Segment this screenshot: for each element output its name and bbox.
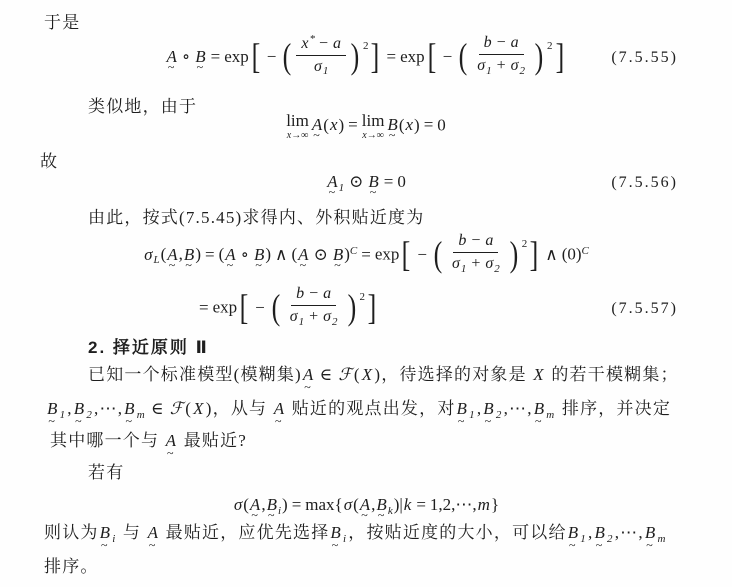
math-token-op: = [384,172,394,191]
math-token-i: b [457,232,467,249]
math-token-sub: 1 [580,533,587,545]
math-token-rm: ) [282,495,288,514]
math-token-op: − [417,245,427,264]
math-token-i: k [403,495,413,514]
fuzzy-set-symbol: B~ [47,398,59,421]
math-token-sup: C [350,245,357,257]
fraction: b−aσ1+σ2 [472,33,530,78]
equation-number-7-5-55: (7.5.55) [611,49,678,67]
math-token-i: x [404,115,414,134]
tilde-mark: ~ [255,259,262,271]
numerator: b−a [453,231,498,253]
math-token-rm: ( [353,495,359,514]
math-token-hsup: 2 [522,238,528,250]
math-token-rm: exp [400,47,425,66]
fuzzy-set-symbol: B~ [594,522,606,545]
fuzzy-set-symbol: A~ [298,245,308,265]
tilde-mark: ~ [389,129,396,141]
math-token-op: = [416,495,426,514]
equation-7-5-57-row-2: =exp[−(b−aσ1+σ2)2] (7.5.57) [0,284,732,334]
tilde-mark: ~ [268,509,275,521]
math-token-rm: ( [243,495,249,514]
math-token-sub: i [278,505,281,517]
math-token-i: σ [313,58,323,75]
fuzzy-set-symbol: B~ [195,47,205,67]
math-token-op: = [199,298,209,317]
math-token-cn: 的若干模糊集； [546,365,679,384]
text-ruoyou: 若有 [88,462,124,485]
equation-max-row: σ(A~,B~i)=max{σ(A~,B~k)|k=1,2,⋯,m} [0,492,732,520]
fuzzy-set-symbol: B~ [376,495,386,515]
math-token-sup: C [582,245,589,257]
formula-max: σ(A~,B~i)=max{σ(A~,B~k)|k=1,2,⋯,m} [233,495,499,517]
math-token-cn: ，从与 [213,399,273,418]
math-token-i: a [510,34,520,51]
math-token-cn: 最贴近，应优先选择 [160,523,329,542]
tilde-mark: ~ [149,539,157,551]
math-token-op: ∧ [545,245,557,264]
math-token-i: ℱ [169,399,186,418]
math-token-sub: 2 [494,263,500,275]
math-token-sub: i [112,533,116,545]
math-token-i: a [484,232,494,249]
math-token-sub: 1 [323,65,329,77]
tilde-mark: ~ [251,509,258,521]
math-token-sub: m [546,409,555,421]
math-token-rm: ) [206,399,213,418]
math-token-sub: 2 [496,409,503,421]
math-token-op: ∘ [182,47,190,66]
math-token-rm: ) [414,115,420,134]
math-token-cn: 则认为 [44,523,99,542]
math-token-i: σ [484,255,494,272]
math-token-cn: 与 [117,523,146,542]
math-token-i: X [361,365,375,384]
math-token-rm: 0 [437,115,446,134]
math-token-op: − [443,47,453,66]
math-token-cn: 已知一个标准模型(模糊集) [88,365,302,384]
math-token-rm: ) [265,245,271,264]
math-token-rm: (0) [562,245,582,264]
tilde-mark: ~ [197,61,204,73]
text-paixu: 排序。 [44,556,99,579]
fuzzy-set-symbol: A~ [274,398,286,421]
math-token-cn: ，待选择的对象是 [381,365,532,384]
math-token-rm: , [477,399,482,418]
numerator: b−a [479,33,524,55]
fuzzy-set-symbol: A~ [360,495,370,515]
math-token-i: m [477,495,491,514]
equation-number-7-5-57: (7.5.57) [611,300,678,318]
math-token-rm: ) [195,245,201,264]
math-token-op: + [497,57,506,74]
tilde-mark: ~ [332,539,340,551]
math-token-sub: 1 [60,409,67,421]
math-token-hsup: 2 [547,40,553,52]
paragraph-1-line-1: 已知一个标准模型(模糊集)A~∈ℱ(X)，待选择的对象是 X 的若干模糊集； [88,364,679,387]
tilde-mark: ~ [596,539,604,551]
math-token-i: a [332,35,342,52]
tilde-mark: ~ [370,186,377,198]
math-token-op: = [205,245,215,264]
math-token-cn: 最贴近? [178,431,247,450]
limit-text: lim [286,112,309,129]
math-token-op: = [361,245,371,264]
math-token-rm: exp [213,298,238,317]
math-token-i: σ [289,308,299,325]
fuzzy-set-symbol: A~ [166,47,176,67]
math-token-i: ℱ [337,365,354,384]
tilde-mark: ~ [485,415,493,427]
textbook-page: 于是 A~∘B~=exp[−(x*−aσ1)2]=exp[−(b−aσ1+σ2)… [0,0,732,587]
fuzzy-set-symbol: A~ [167,245,177,265]
math-token-sub: m [657,533,666,545]
paragraph-1-line-3: 其中哪一个与 A~ 最贴近? [50,430,247,453]
limit-operator: limx→∞ [286,112,309,141]
tilde-mark: ~ [361,509,368,521]
fuzzy-set-symbol: B~ [267,495,277,515]
math-token-op: ∘ [241,245,249,264]
math-token-op: = [292,495,302,514]
math-token-rm: 1,2,⋯, [430,495,477,514]
equation-limit-row: limx→∞A~(x)=limx→∞B~(x)=0 [0,108,732,144]
math-token-rm: , [261,495,265,514]
tilde-mark: ~ [569,539,577,551]
tilde-mark: ~ [334,259,341,271]
math-token-cn: 排序，并决定 [556,399,671,418]
math-token-i: b [483,34,493,51]
tilde-mark: ~ [227,259,234,271]
math-token-i: X [532,365,546,384]
math-token-rm: ) [338,115,344,134]
tilde-mark: ~ [535,415,543,427]
denominator: σ1 [309,56,333,79]
math-token-hsup: 2 [360,291,366,303]
equation-7-5-57-row-1: σL(A~,B~)=(A~∘B~)∧(A~⊙B~)C=exp[−(b−aσ1+σ… [0,230,732,282]
fuzzy-set-symbol: B~ [184,245,194,265]
math-token-rm: max{ [305,495,342,514]
limit-subscript: x→∞ [287,131,309,141]
math-token-rm: ( [292,245,298,264]
fuzzy-set-symbol: A~ [166,430,178,453]
math-token-op: = [424,115,434,134]
equation-7-5-56-row: A~1⊙B~=0 (7.5.56) [0,168,732,198]
math-token-op: ⊙ [314,245,328,264]
math-token-sub: 1 [469,409,476,421]
math-token-op: − [267,47,277,66]
math-token-sup: * [309,33,315,45]
tilde-mark: ~ [101,539,109,551]
tilde-mark: ~ [275,415,283,427]
math-token-i: σ [343,495,353,514]
tilde-mark: ~ [378,509,385,521]
formula-7-5-57-line-2: =exp[−(b−aσ1+σ2)2] [195,286,379,331]
math-token-op: = [211,47,221,66]
math-token-i: σ [143,245,153,264]
math-token-op: ∈ [320,365,334,384]
math-token-rm: , [371,495,375,514]
math-token-op: + [471,255,480,272]
equation-number-7-5-56: (7.5.56) [611,174,678,192]
math-token-sub: i [343,533,347,545]
math-token-sub: 2 [520,65,526,77]
fuzzy-set-symbol: B~ [387,115,397,135]
math-token-op: − [309,285,318,302]
math-token-op: ∧ [275,245,287,264]
math-token-op: − [497,34,506,51]
math-token-sub: 1 [299,316,305,328]
math-token-rm: , [588,523,593,542]
limit-subscript: x→∞ [362,131,384,141]
fraction: x*−aσ1 [296,33,346,79]
fuzzy-set-symbol: B~ [368,172,378,192]
fuzzy-set-symbol: B~ [534,398,546,421]
math-token-sub: 1 [486,65,492,77]
math-token-op: ⊙ [349,172,363,191]
fuzzy-set-symbol: B~ [333,245,343,265]
math-token-rm: exp [375,245,400,264]
math-token-i: X [192,399,206,418]
formula-7-5-55: A~∘B~=exp[−(x*−aσ1)2]=exp[−(b−aσ1+σ2)2] [165,35,566,81]
math-token-op: = [348,115,358,134]
text-youci: 由此，按式(7.5.45)求得内、外积贴近度为 [88,207,424,230]
math-token-op: − [471,232,480,249]
formula-7-5-57-line-1: σL(A~,B~)=(A~∘B~)∧(A~⊙B~)C=exp[−(b−aσ1+σ… [143,233,589,278]
math-token-sub: k [388,505,393,517]
math-token-op: − [255,298,265,317]
fuzzy-set-symbol: B~ [124,398,136,421]
math-token-i: a [322,285,332,302]
fraction: b−aσ1+σ2 [447,231,505,276]
math-token-i: σ [476,57,486,74]
fuzzy-set-symbol: A~ [148,522,160,545]
math-token-rm: ,⋯, [615,523,644,542]
tilde-mark: ~ [167,447,175,459]
math-token-sub: 2 [86,409,93,421]
math-token-sub: L [153,254,159,266]
fuzzy-set-symbol: A~ [250,495,260,515]
math-token-i: b [295,285,305,302]
fuzzy-set-symbol: B~ [330,522,342,545]
formula-limit: limx→∞A~(x)=limx→∞B~(x)=0 [286,112,446,141]
math-token-op: ∈ [151,399,165,418]
fuzzy-set-symbol: B~ [100,522,112,545]
tilde-mark: ~ [75,415,83,427]
math-token-sub: 2 [332,316,338,328]
math-token-rm: , [179,245,183,264]
tilde-mark: ~ [313,129,320,141]
fuzzy-set-symbol: B~ [74,398,86,421]
fuzzy-set-symbol: B~ [457,398,469,421]
denominator: σ1+σ2 [285,306,343,329]
paragraph-2-line-1: 则认为B~i 与 A~ 最贴近，应优先选择B~i，按贴近度的大小，可以给B~1,… [44,522,668,546]
math-token-op: = [386,47,396,66]
math-token-op: + [309,308,318,325]
denominator: σ1+σ2 [472,55,530,78]
math-token-cn: ，按贴近度的大小，可以给 [348,523,566,542]
math-token-i: σ [322,308,332,325]
math-token-hsup: 2 [363,40,369,52]
math-token-rm: ( [354,365,361,384]
math-token-sub: 1 [339,182,345,194]
tilde-mark: ~ [169,259,176,271]
limit-text: lim [362,112,385,129]
fuzzy-set-symbol: B~ [483,398,495,421]
math-token-rm: exp [224,47,249,66]
fuzzy-set-symbol: A~ [303,364,315,387]
formula-7-5-56: A~1⊙B~=0 [326,172,406,194]
math-token-rm: ( [161,245,167,264]
math-token-rm: ( [219,245,225,264]
fraction: b−aσ1+σ2 [285,284,343,329]
math-token-rm: , [67,399,72,418]
tilde-mark: ~ [48,415,56,427]
math-token-sub: m [137,409,146,421]
math-token-rm: 0 [397,172,406,191]
tilde-mark: ~ [168,61,175,73]
fuzzy-set-symbol: B~ [645,522,657,545]
tilde-mark: ~ [185,259,192,271]
math-token-rm: ,⋯, [504,399,533,418]
fuzzy-set-symbol: B~ [254,245,264,265]
denominator: σ1+σ2 [447,253,505,276]
math-token-i: σ [451,255,461,272]
tilde-mark: ~ [304,381,312,393]
math-token-rm: ,⋯, [94,399,123,418]
section-heading: 2. 择近原则 Ⅱ [88,337,209,360]
math-token-cn: 其中哪一个与 [50,431,165,450]
tilde-mark: ~ [300,259,307,271]
numerator: b−a [291,284,336,306]
math-token-i: σ [510,57,520,74]
fuzzy-set-symbol: B~ [568,522,580,545]
fuzzy-set-symbol: A~ [327,172,337,192]
fuzzy-set-symbol: A~ [312,115,322,135]
math-token-sub: 2 [607,533,614,545]
math-token-sub: 1 [461,263,467,275]
tilde-mark: ~ [458,415,466,427]
paragraph-1-line-2: B~1,B~2,⋯,B~m∈ℱ(X)，从与 A~ 贴近的观点出发，对B~1,B~… [46,398,671,422]
fuzzy-set-symbol: A~ [225,245,235,265]
tilde-mark: ~ [329,186,336,198]
math-token-rm: } [491,495,499,514]
equation-7-5-55-row: A~∘B~=exp[−(x*−aσ1)2]=exp[−(b−aσ1+σ2)2] … [0,32,732,84]
math-token-op: − [319,35,328,52]
numerator: x*−a [296,33,346,56]
limit-operator: limx→∞ [362,112,385,141]
math-token-cn: 贴近的观点出发，对 [286,399,455,418]
math-token-i: σ [233,495,243,514]
tilde-mark: ~ [646,539,654,551]
tilde-mark: ~ [126,415,134,427]
